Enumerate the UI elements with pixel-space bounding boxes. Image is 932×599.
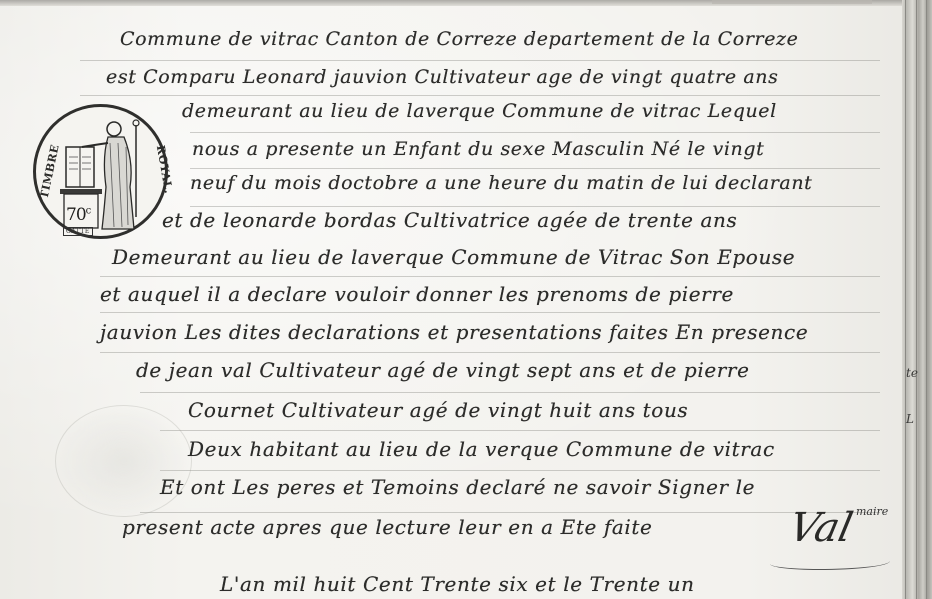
ruled-line xyxy=(160,430,880,431)
mayor-title: maire xyxy=(856,505,888,518)
record-line-3: demeurant au lieu de laverque Commune de… xyxy=(182,100,777,122)
record-line-6: et de leonarde bordas Cultivatrice agée … xyxy=(162,208,737,232)
record-line-8: et auquel il a declare vouloir donner le… xyxy=(100,282,734,306)
ruled-line xyxy=(190,132,880,133)
record-line-14: present acte apres que lecture leur en a… xyxy=(122,515,652,539)
ruled-line xyxy=(190,206,880,207)
ruled-line xyxy=(80,60,880,61)
stamp-value-number: 70 xyxy=(66,205,86,225)
record-line-9: jauvion Les dites declarations et presen… xyxy=(100,320,808,344)
ruled-line xyxy=(190,168,880,169)
gutter-line xyxy=(926,0,927,599)
stamp-value: 70c xyxy=(66,205,90,225)
ruled-line xyxy=(100,312,880,313)
gutter-line xyxy=(916,0,917,599)
ruled-line xyxy=(80,95,880,96)
stamp-sub-label: GATTE xyxy=(63,227,93,236)
ruled-line xyxy=(100,352,880,353)
ruled-line xyxy=(140,392,880,393)
ruled-line xyxy=(100,276,880,277)
page-top-edge-shadow xyxy=(712,0,872,4)
record-line-5: neuf du mois doctobre a une heure du mat… xyxy=(190,172,812,194)
binding-gutter xyxy=(902,0,932,599)
faint-embossed-seal xyxy=(55,405,192,517)
ruled-line xyxy=(160,470,880,471)
ruled-line xyxy=(140,512,880,513)
record-line-15: L'an mil huit Cent Trente six et le Tren… xyxy=(220,572,695,596)
mayor-signature: Val xyxy=(785,505,857,551)
margin-note: te xyxy=(906,366,918,380)
record-line-12: Deux habitant au lieu de la verque Commu… xyxy=(188,437,775,461)
record-line-11: Cournet Cultivateur agé de vingt huit an… xyxy=(188,398,688,422)
document-page: TIMBRE ROYAL. 70c GATTE Commune de vitra… xyxy=(0,0,932,599)
gutter-line xyxy=(905,0,906,599)
record-line-4: nous a presente un Enfant du sexe Mascul… xyxy=(192,138,764,160)
record-line-7: Demeurant au lieu de laverque Commune de… xyxy=(112,245,795,269)
record-line-1: Commune de vitrac Canton de Correze depa… xyxy=(120,28,799,50)
record-line-13: Et ont Les peres et Temoins declaré ne s… xyxy=(160,475,755,499)
royal-stamp: TIMBRE ROYAL. 70c GATTE xyxy=(33,104,168,239)
margin-note: L xyxy=(906,412,914,426)
record-line-2: est Comparu Leonard jauvion Cultivateur … xyxy=(106,66,778,88)
record-line-10: de jean val Cultivateur agé de vingt sep… xyxy=(136,358,750,382)
signature-flourish xyxy=(770,555,890,570)
stamp-value-unit: c xyxy=(86,205,91,216)
